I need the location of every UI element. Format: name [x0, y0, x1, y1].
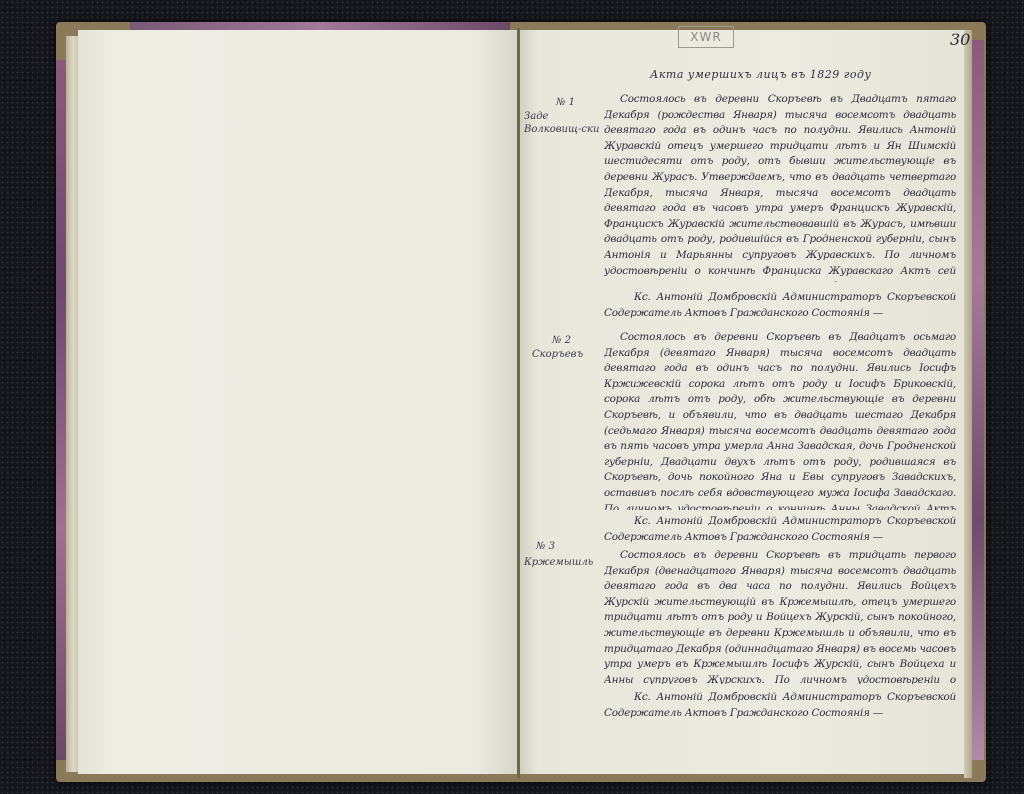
entry-2: Состоялось въ деревни Скоръевѣ въ Двадца…: [604, 330, 956, 510]
entry-2-place: Скоръевъ: [532, 348, 583, 361]
entry-3-signature-block: Кс. Антоній Домбровскій Администраторъ С…: [604, 690, 956, 722]
entry-1-text: Состоялось въ деревни Скоръевѣ въ Двадца…: [604, 92, 956, 282]
entry-3-number: № 3: [536, 540, 555, 553]
entry-1: Состоялось въ деревни Скоръевѣ въ Двадца…: [604, 92, 956, 282]
page-stack-right: [964, 30, 972, 778]
entry-2-signature-block: Кс. Антоній Домбровскій Администраторъ С…: [604, 514, 956, 546]
marbled-cover-top: [130, 22, 510, 30]
entry-1-place: Заде Волковищ-ски: [524, 110, 602, 136]
page-heading: Акта умершихъ лицъ въ 1829 году: [650, 68, 871, 81]
entry-1-number: № 1: [556, 96, 575, 109]
entry-2-text: Состоялось въ деревни Скоръевѣ въ Двадца…: [604, 330, 956, 510]
entry-2-signature: Кс. Антоній Домбровскій Администраторъ С…: [604, 514, 956, 545]
archive-stamp: XWR: [678, 26, 734, 48]
left-page-blank: [78, 30, 518, 774]
entry-1-signature-block: Кс. Антоній Домбровскій Администраторъ С…: [604, 290, 956, 322]
entry-3: Состоялось въ деревни Скоръевѣ въ тридца…: [604, 548, 956, 684]
entry-1-signature: Кс. Антоній Домбровскій Администраторъ С…: [604, 290, 956, 321]
entry-3-text: Состоялось въ деревни Скоръевѣ въ тридца…: [604, 548, 956, 684]
folio-number: 30: [950, 30, 970, 49]
entry-2-number: № 2: [552, 334, 571, 347]
book-gutter: [517, 28, 520, 778]
entry-3-signature: Кс. Антоній Домбровскій Администраторъ С…: [604, 690, 956, 721]
entry-3-place: Кржемышль: [524, 556, 593, 569]
